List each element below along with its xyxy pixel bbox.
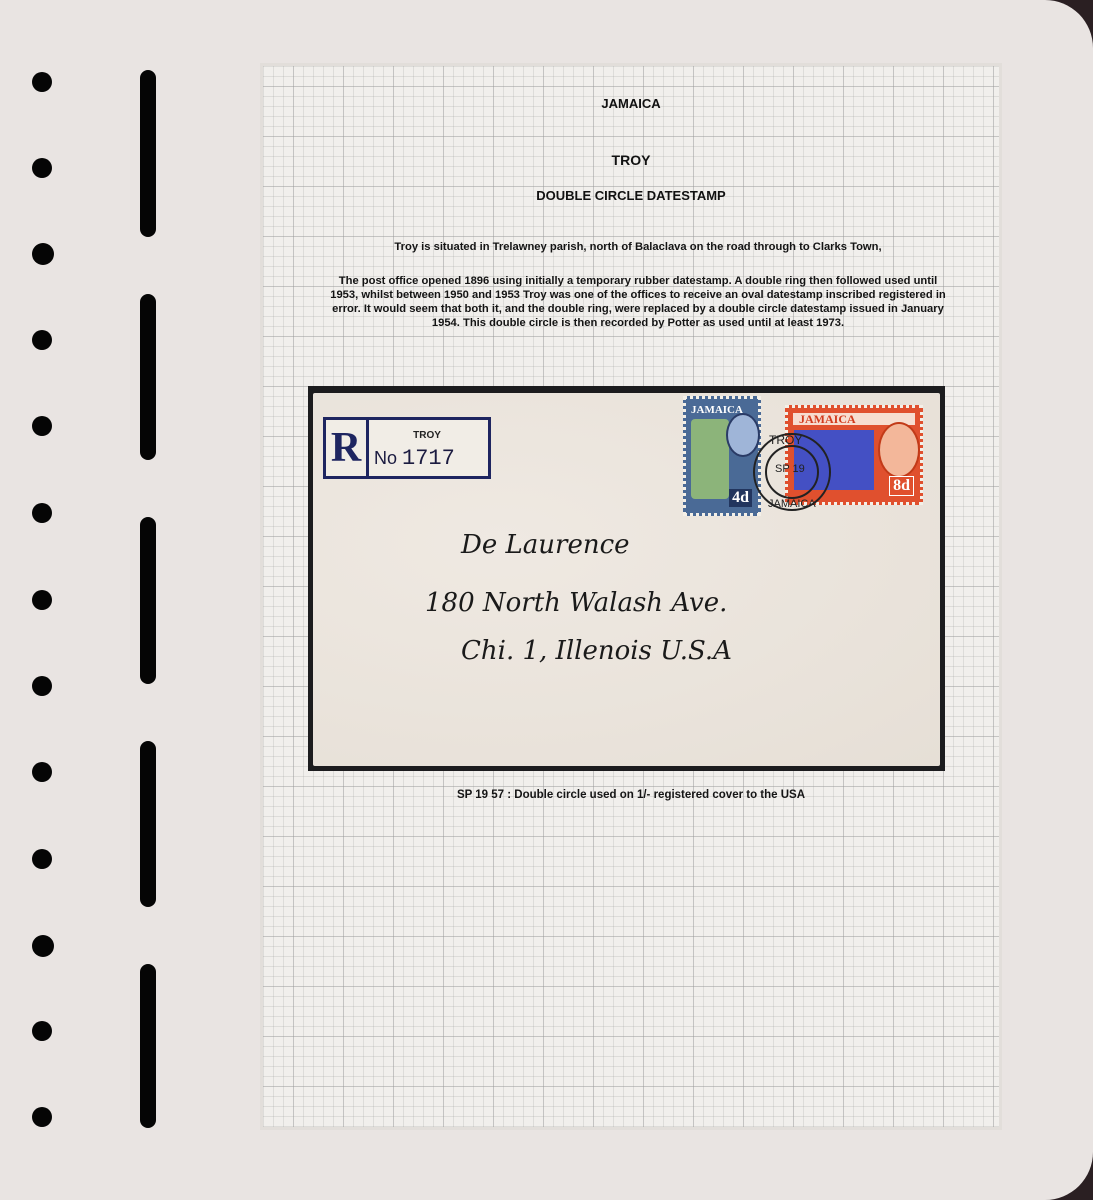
binder-hole — [32, 416, 52, 436]
binder-hole — [32, 590, 52, 610]
binder-hole — [32, 330, 52, 350]
heading-town: TROY — [263, 152, 999, 168]
binder-hole — [32, 1107, 52, 1127]
registration-number-prefix: No — [374, 448, 397, 468]
cover-caption: SP 19 57 : Double circle used on 1/- reg… — [263, 789, 999, 801]
binder-slot — [140, 70, 156, 237]
binder-hole — [32, 1021, 52, 1041]
postmark-town: TROY — [769, 433, 802, 447]
binder-hole — [32, 503, 52, 523]
binder-hole — [32, 676, 52, 696]
binder-hole — [32, 762, 52, 782]
description-paragraph-2: The post office opened 1896 using initia… — [328, 274, 948, 330]
heading-datestamp-type: DOUBLE CIRCLE DATESTAMP — [263, 188, 999, 203]
binder-slot — [140, 741, 156, 907]
registration-number-value: 1717 — [402, 446, 455, 471]
stamp-denomination: 4d — [729, 489, 752, 507]
binder-hole — [32, 935, 54, 957]
binder-hole — [32, 243, 54, 265]
registration-town: TROY — [366, 430, 488, 441]
stamp-denomination: 8d — [889, 476, 914, 496]
postmark-country: JAMAICA — [768, 498, 816, 510]
registration-letter: R — [326, 420, 369, 476]
cover-mount: R TROY No 1717 JAMAICA 4d JAMAICA — [308, 386, 945, 771]
address-line-1: De Laurence — [461, 530, 630, 560]
description-paragraph-1: Troy is situated in Trelawney parish, no… — [328, 240, 948, 254]
postmark-date: SP 19 — [775, 463, 805, 475]
stamp-4d: JAMAICA 4d — [683, 396, 761, 516]
breadfruit-illustration — [691, 419, 729, 499]
registration-label: R TROY No 1717 — [323, 417, 491, 479]
album-page: JAMAICA TROY DOUBLE CIRCLE DATESTAMP Tro… — [0, 0, 1093, 1200]
binder-slot — [140, 517, 156, 684]
grid-panel: JAMAICA TROY DOUBLE CIRCLE DATESTAMP Tro… — [260, 63, 1002, 1130]
binder-hole — [32, 158, 52, 178]
address-line-3: Chi. 1, Illenois U.S.A — [461, 636, 732, 666]
registration-number: No 1717 — [374, 446, 455, 471]
registered-cover: R TROY No 1717 JAMAICA 4d JAMAICA — [313, 393, 940, 766]
address-line-2: 180 North Walash Ave. — [425, 588, 727, 618]
binder-slot — [140, 964, 156, 1128]
heading-country: JAMAICA — [263, 96, 999, 111]
binder-hole — [32, 72, 52, 92]
queen-portrait — [726, 413, 760, 457]
binder-slot — [140, 294, 156, 460]
queen-portrait — [878, 422, 920, 478]
binder-hole — [32, 849, 52, 869]
